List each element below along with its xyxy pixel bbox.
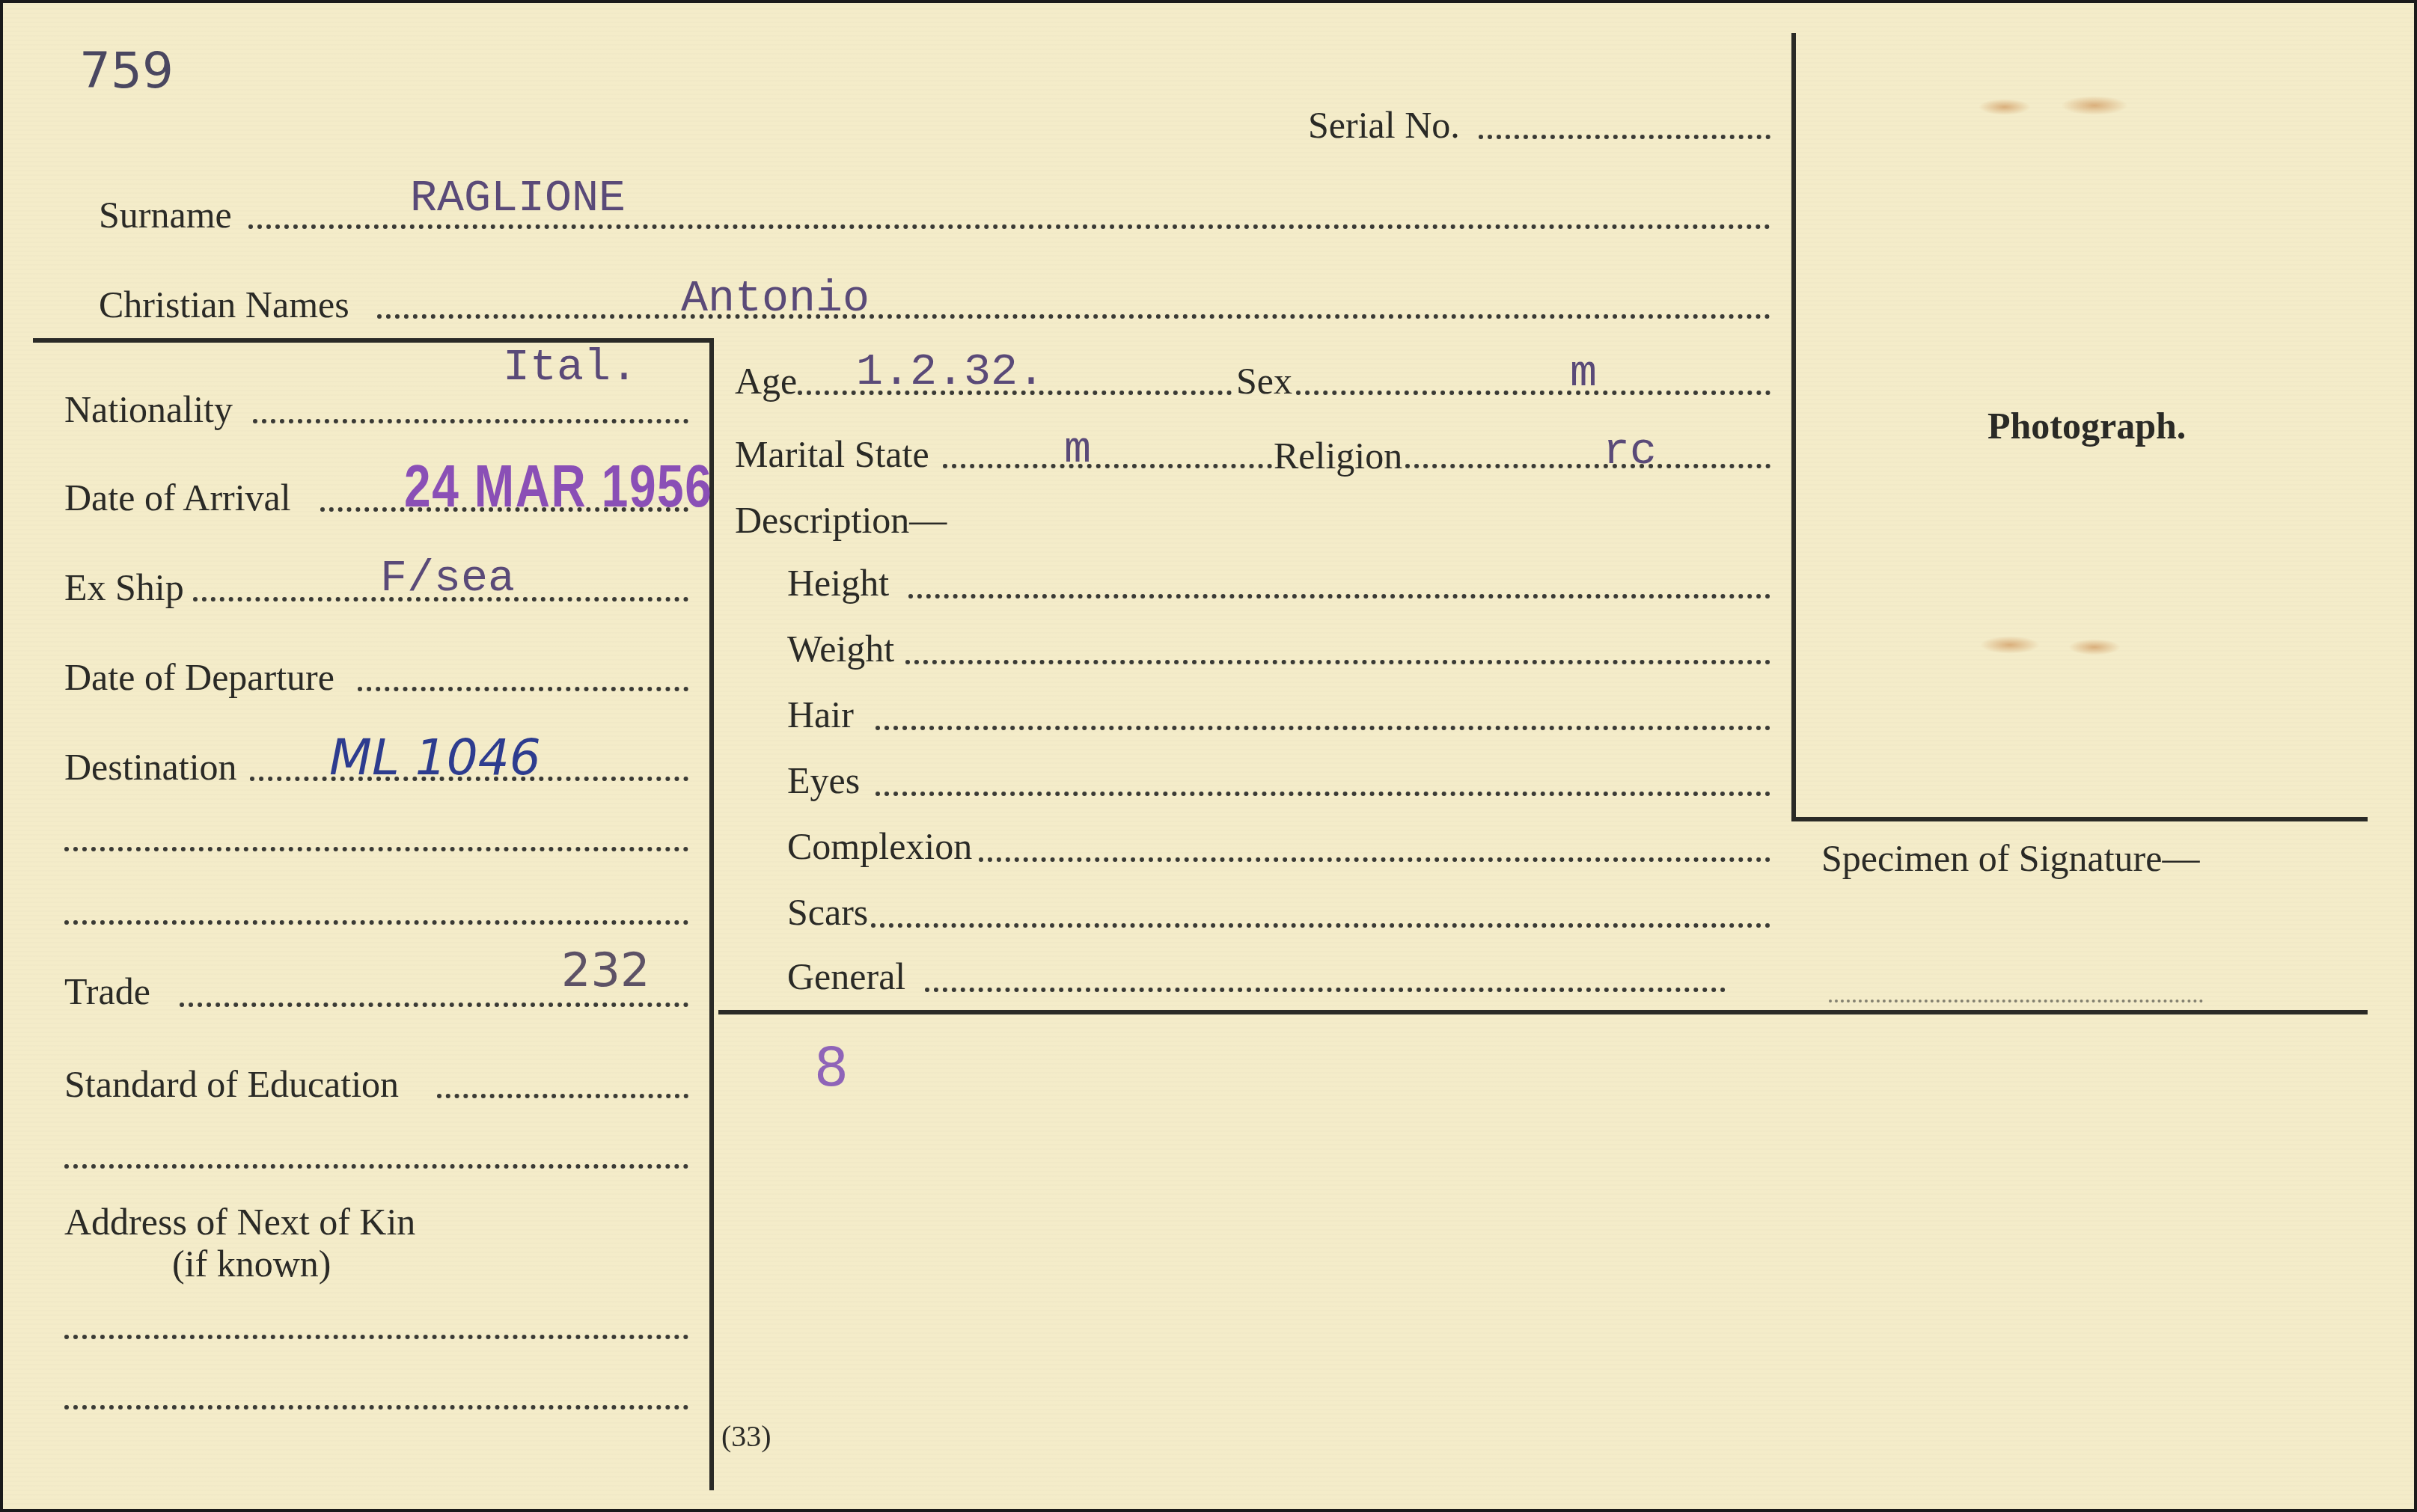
serial-no-field[interactable] (1479, 135, 1770, 139)
marital-state-label: Marital State (735, 435, 929, 473)
next-of-kin-line-2[interactable] (64, 1405, 688, 1410)
height-field[interactable] (908, 594, 1770, 599)
age-label: Age (735, 362, 797, 400)
eyes-label: Eyes (787, 762, 860, 799)
complexion-field[interactable] (979, 857, 1770, 862)
date-of-departure-field[interactable] (358, 687, 688, 691)
date-of-departure-label: Date of Departure (64, 658, 334, 696)
nationality-label: Nationality (64, 391, 233, 428)
form-number: (33) (721, 1421, 771, 1451)
staple-stain (1978, 99, 2031, 115)
height-label: Height (787, 564, 889, 602)
next-of-kin-sublabel: (if known) (172, 1245, 331, 1282)
weight-field[interactable] (905, 660, 1770, 664)
hair-label: Hair (787, 696, 854, 733)
eyes-field[interactable] (876, 792, 1770, 796)
marital-state-value: m (1064, 428, 1091, 473)
christian-names-label: Christian Names (99, 286, 349, 323)
general-label: General (787, 958, 905, 995)
serial-no-label: Serial No. (1308, 106, 1460, 144)
scars-label: Scars (787, 893, 868, 931)
trade-label: Trade (64, 973, 150, 1010)
staple-stain (2068, 639, 2121, 655)
extra-line-1[interactable] (64, 847, 688, 851)
staple-stain (2061, 96, 2128, 115)
education-field[interactable] (437, 1094, 688, 1098)
trade-field[interactable] (180, 1003, 688, 1007)
christian-names-value: Antonio (681, 277, 870, 322)
extra-line-2[interactable] (64, 920, 688, 925)
surname-field[interactable] (248, 224, 1770, 229)
card-number: 759 (79, 46, 174, 96)
next-of-kin-label: Address of Next of Kin (64, 1203, 415, 1240)
complexion-label: Complexion (787, 827, 972, 865)
age-value: 1.2.32. (856, 350, 1045, 395)
destination-label: Destination (64, 748, 237, 786)
staple-stain (1980, 636, 2040, 654)
nationality-field[interactable] (253, 419, 688, 423)
surname-value: RAGLIONE (410, 177, 626, 221)
destination-value: ML 1046 (329, 733, 541, 783)
photograph-area (1799, 40, 2368, 815)
weight-label: Weight (787, 630, 894, 667)
marital-state-field[interactable] (943, 464, 1272, 468)
sex-value: m (1570, 352, 1597, 397)
trade-value: 232 (561, 947, 650, 994)
sex-field[interactable] (1296, 391, 1770, 395)
education-label: Standard of Education (64, 1065, 399, 1103)
surname-label: Surname (99, 196, 232, 233)
scars-field[interactable] (871, 923, 1770, 928)
date-of-arrival-label: Date of Arrival (64, 479, 291, 516)
religion-label: Religion (1274, 437, 1402, 474)
ex-ship-value: F/sea (380, 557, 515, 602)
divider-photo-bottom (1791, 817, 2368, 821)
divider-photo-vertical (1791, 33, 1796, 818)
signature-field[interactable] (1829, 1000, 2203, 1003)
ex-ship-label: Ex Ship (64, 569, 184, 606)
signature-label: Specimen of Signature— (1821, 839, 2199, 877)
next-of-kin-line-1[interactable] (64, 1335, 688, 1339)
christian-names-field[interactable] (377, 314, 1770, 319)
education-extra-line[interactable] (64, 1164, 688, 1169)
note-number: 8 (814, 1040, 849, 1094)
divider-description-bottom (718, 1010, 2368, 1014)
hair-field[interactable] (876, 726, 1770, 730)
nationality-value: Ital. (503, 346, 638, 391)
religion-field[interactable] (1405, 464, 1770, 468)
date-of-arrival-stamp: 24 MAR 1956 (404, 456, 712, 516)
description-label: Description— (735, 501, 947, 539)
registration-card: 759 Serial No. Surname RAGLIONE Christia… (3, 3, 2414, 1509)
sex-label: Sex (1236, 362, 1292, 400)
religion-value: rc (1603, 429, 1657, 474)
general-field[interactable] (925, 988, 1726, 992)
